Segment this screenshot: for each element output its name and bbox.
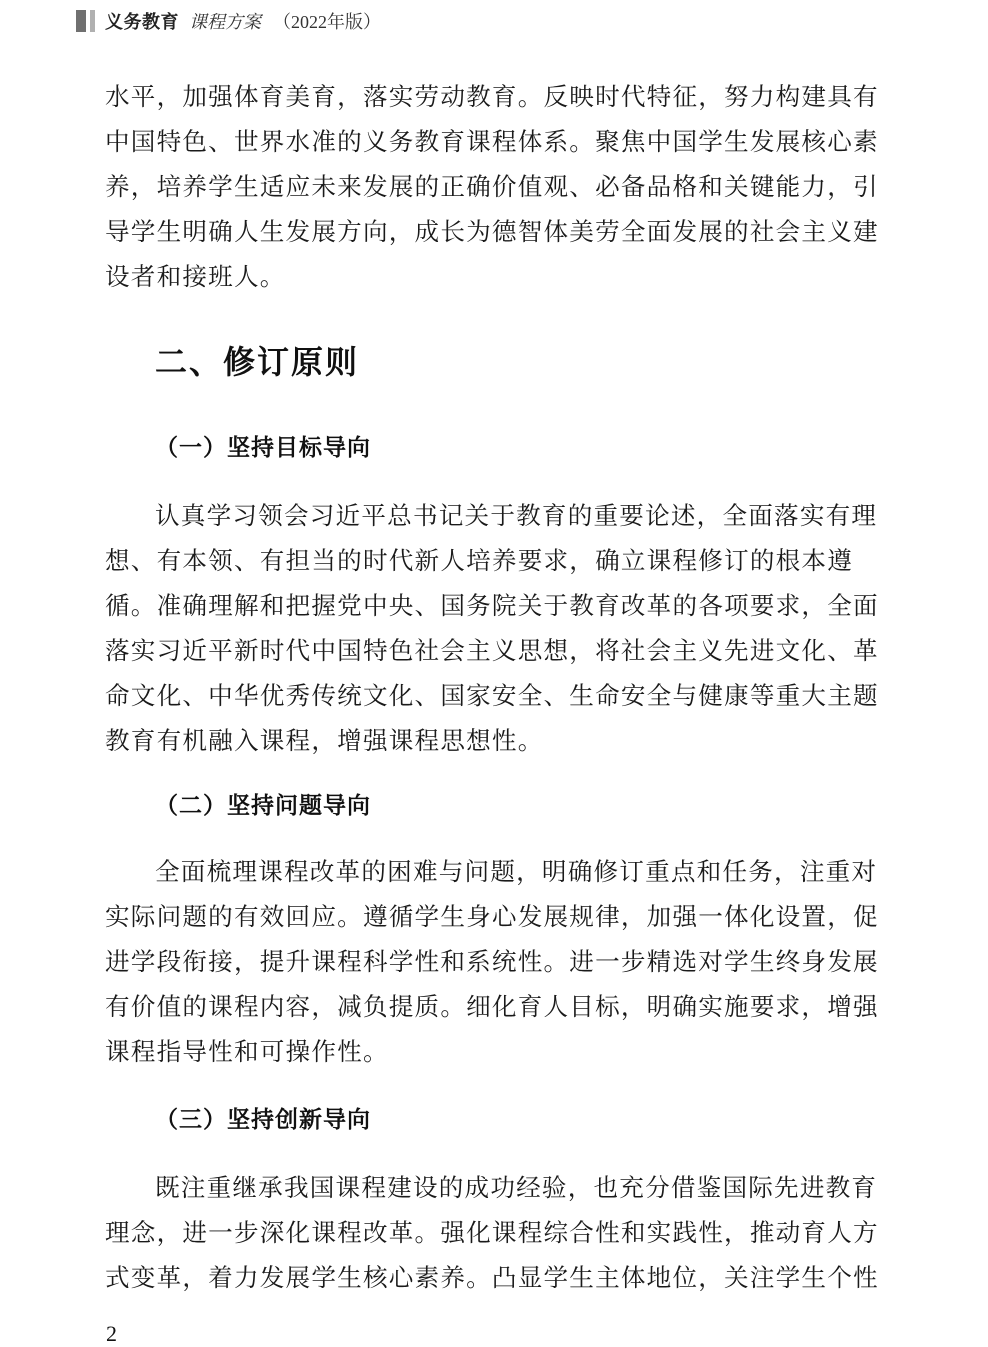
paragraph-line: 落实习近平新时代中国特色社会主义思想，将社会主义先进文化、革 [105, 635, 865, 667]
paragraph-line: 循。准确理解和把握党中央、国务院关于教育改革的各项要求，全面 [105, 590, 865, 622]
paragraph-line: 实际问题的有效回应。遵循学生身心发展规律，加强一体化设置，促 [105, 901, 865, 933]
page-number: 2 [106, 1320, 117, 1347]
header-subtitle: 课程方案 [189, 8, 261, 34]
header-edition: （2022年版） [273, 8, 381, 34]
paragraph-line: 教育有机融入课程，增强课程思想性。 [105, 725, 865, 757]
subsection-heading: （三）坚持创新导向 [155, 1104, 371, 1136]
header-bar-dark-icon [76, 10, 86, 32]
paragraph-line: 想、有本领、有担当的时代新人培养要求，确立课程修订的根本遵 [105, 545, 865, 577]
paragraph-line: 命文化、中华优秀传统文化、国家安全、生命安全与健康等重大主题 [105, 680, 865, 712]
paragraph-line: 水平，加强体育美育，落实劳动教育。反映时代特征，努力构建具有 [105, 81, 865, 113]
header-title: 义务教育 [105, 8, 179, 34]
subsection-heading: （一）坚持目标导向 [155, 432, 371, 464]
header-bar-light-icon [90, 10, 95, 32]
paragraph-line: 养，培养学生适应未来发展的正确价值观、必备品格和关键能力，引 [105, 171, 865, 203]
paragraph-line: 导学生明确人生发展方向，成长为德智体美劳全面发展的社会主义建 [105, 216, 865, 248]
running-header: 义务教育 课程方案 （2022年版） [76, 8, 381, 34]
paragraph-line: 进学段衔接，提升课程科学性和系统性。进一步精选对学生终身发展 [105, 946, 865, 978]
paragraph-line: 设者和接班人。 [105, 261, 865, 293]
paragraph-line: 全面梳理课程改革的困难与问题，明确修订重点和任务，注重对 [155, 856, 865, 888]
paragraph-line: 认真学习领会习近平总书记关于教育的重要论述，全面落实有理 [155, 500, 865, 532]
subsection-heading: （二）坚持问题导向 [155, 790, 371, 822]
paragraph-line: 中国特色、世界水准的义务教育课程体系。聚焦中国学生发展核心素 [105, 126, 865, 158]
section-heading: 二、修订原则 [155, 340, 359, 384]
paragraph-line: 有价值的课程内容，减负提质。细化育人目标，明确实施要求，增强 [105, 991, 865, 1023]
paragraph-line: 式变革，着力发展学生核心素养。凸显学生主体地位，关注学生个性 [105, 1262, 865, 1294]
paragraph-line: 课程指导性和可操作性。 [105, 1036, 865, 1068]
paragraph-line: 既注重继承我国课程建设的成功经验，也充分借鉴国际先进教育 [155, 1172, 865, 1204]
paragraph-line: 理念，进一步深化课程改革。强化课程综合性和实践性，推动育人方 [105, 1217, 865, 1249]
